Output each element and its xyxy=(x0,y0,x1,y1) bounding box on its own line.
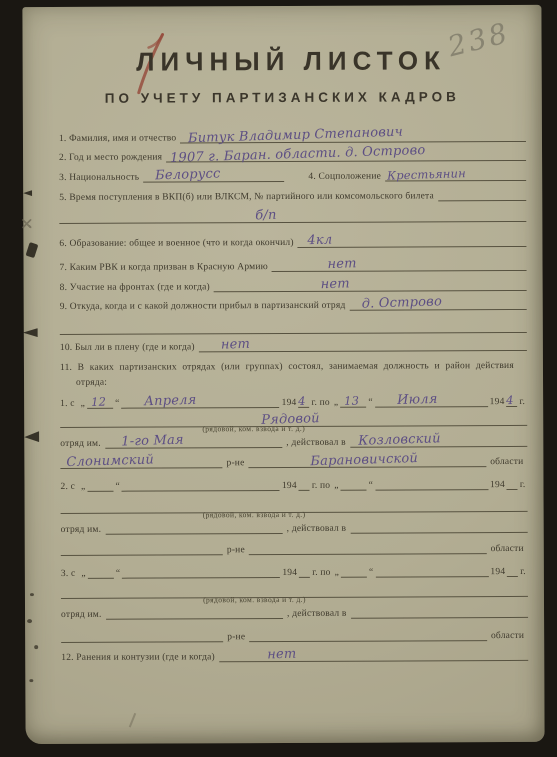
month-line xyxy=(375,474,488,490)
field-row-education: 6. Образование: общее и военное (что и к… xyxy=(59,232,526,249)
year-digit-line xyxy=(507,474,518,490)
year-prefix: 194 xyxy=(280,481,299,491)
handwritten-month: Июля xyxy=(397,393,438,407)
acted-line: Козловский xyxy=(350,431,528,448)
region-line xyxy=(249,625,487,642)
field-row-rvk: 7. Каким РВК и когда призван в Красную А… xyxy=(59,256,526,273)
entry-ordinal: 2. с xyxy=(60,481,79,492)
year-prefix: 194 xyxy=(488,567,507,577)
region-line xyxy=(249,538,487,555)
margin-x-mark xyxy=(22,219,31,228)
acted-line xyxy=(350,602,528,619)
field-label: 9. Откуда, когда и с какой должности при… xyxy=(60,300,350,312)
handwritten-year-digit: 4 xyxy=(298,395,306,407)
handwritten-value: 4кл xyxy=(307,233,332,247)
field-label: 5. Время поступления в ВКП(б) или ВЛКСМ,… xyxy=(59,191,438,203)
unit-label: отряд им. xyxy=(60,438,105,449)
acted-label: , действовал в xyxy=(283,523,351,534)
field-row-party: 5. Время поступления в ВКП(б) или ВЛКСМ,… xyxy=(59,186,526,203)
quote: “ xyxy=(113,399,121,409)
field-line: нет xyxy=(219,645,528,662)
unit-line xyxy=(105,518,283,535)
field-line: Битук Владимир Степанович xyxy=(180,126,526,144)
month-line xyxy=(122,475,280,492)
quote: “ xyxy=(113,482,121,492)
month-line: Апреля xyxy=(121,392,279,409)
year-digit-line: 4 xyxy=(298,392,309,408)
year-end: г. xyxy=(518,567,528,577)
district-label: р-не xyxy=(223,545,249,556)
year-mid: г. по xyxy=(310,481,332,491)
field-label: 1. Фамилия, имя и отчество xyxy=(59,133,180,144)
scanned-document: ЛИЧНЫЙ ЛИСТОК ПО УЧЕТУ ПАРТИЗАНСКИХ КАДР… xyxy=(0,0,557,757)
handwritten-district: Слонимский xyxy=(66,453,154,469)
service-entry-unit: отряд им. 1-го Мая , действовал в Козлов… xyxy=(60,432,527,449)
day-line: 13 xyxy=(340,392,366,408)
field-row-arrived-continued xyxy=(60,318,527,335)
margin-ink-blob xyxy=(26,242,39,258)
region-label: области xyxy=(486,456,527,467)
field-line: 1907 г. Баран. области. д. Острово xyxy=(166,145,526,163)
day-line: 12 xyxy=(87,393,113,409)
field-row-party-continued: б/п xyxy=(59,207,526,224)
unit-label: отряд им. xyxy=(61,524,106,535)
region-label: области xyxy=(487,543,528,554)
field-label: 10. Был ли в плену (где и когда) xyxy=(60,342,199,353)
handwritten-value: нет xyxy=(328,257,358,271)
handwritten-acted-in: Козловский xyxy=(358,432,441,448)
quote: „ xyxy=(332,398,340,408)
field-label: 3. Национальность xyxy=(59,172,143,183)
service-entry-dates: 1. с „ 12 “ Апреля 194 4 г. по „ 13 “ Ию… xyxy=(60,392,527,409)
year-prefix: 194 xyxy=(488,480,507,490)
district-label: р-не xyxy=(222,458,248,469)
field-label: 7. Каким РВК и когда призван в Красную А… xyxy=(60,262,272,273)
year-end: г. xyxy=(518,480,528,490)
handwritten-value: б/п xyxy=(255,209,277,223)
handwritten-value: нет xyxy=(267,648,297,662)
handwritten-value: д. Острово xyxy=(361,295,442,310)
year-prefix: 194 xyxy=(280,398,299,408)
quote: “ xyxy=(366,398,374,408)
year-mid: г. по xyxy=(310,568,332,578)
entry-ordinal: 3. с xyxy=(61,568,80,579)
handwritten-value: нет xyxy=(320,277,350,291)
service-entry-unit: отряд им. , действовал в xyxy=(61,518,528,535)
margin-arrow-blob xyxy=(23,328,38,337)
margin-speck xyxy=(27,619,32,623)
field-label: 8. Участие на фронтах (где и когда) xyxy=(60,282,214,293)
year-prefix: 194 xyxy=(488,397,507,407)
district-label: р-не xyxy=(223,632,249,643)
quote: „ xyxy=(333,568,341,578)
field-row-nationality-social: 3. Национальность Белорусс 4. Соцположен… xyxy=(59,166,526,183)
field-row-fronts: 8. Участие на фронтах (где и когда) нет xyxy=(60,276,527,293)
district-line xyxy=(61,626,223,643)
entry-ordinal: 1. с xyxy=(60,398,79,409)
acted-line xyxy=(350,517,528,534)
field-line: д. Острово xyxy=(349,294,526,311)
field-row-units-intro2: отряда: xyxy=(76,371,527,388)
district-line: Слонимский xyxy=(60,452,222,469)
pencil-slash xyxy=(129,713,136,728)
field-line xyxy=(60,317,527,335)
quote: „ xyxy=(332,481,340,491)
unit-line xyxy=(105,603,283,620)
handwritten-value: 1907 г. Баран. области. д. Острово xyxy=(170,144,426,165)
handwritten-month: Апреля xyxy=(143,394,196,409)
service-entry-district: Слонимский р-не Барановичской области xyxy=(60,452,527,469)
handwritten-year-digit: 4 xyxy=(506,394,514,406)
service-entry-unit: отряд им. , действовал в xyxy=(61,603,528,620)
handwritten-value: Битук Владимир Степанович xyxy=(188,126,403,146)
year-prefix: 194 xyxy=(280,568,299,578)
field-line: нет xyxy=(214,275,527,292)
handwritten-value: Белорусс xyxy=(155,167,221,182)
field-row-birth: 2. Год и место рождения 1907 г. Баран. о… xyxy=(59,146,526,163)
field-line: Крестьянин xyxy=(385,165,526,182)
handwritten-value: Крестьянин xyxy=(387,168,466,182)
field-line: 4кл xyxy=(298,231,527,248)
unit-label: отряд им. xyxy=(61,609,106,620)
margin-speck xyxy=(29,679,33,682)
quote: “ xyxy=(114,569,122,579)
day-line xyxy=(87,476,113,492)
field-line: нет xyxy=(272,255,527,272)
service-entry-dates: 3. с „ “ 194 г. по „ “ 194 г. xyxy=(61,562,528,579)
field-label: 6. Образование: общее и военное (что и к… xyxy=(59,237,297,248)
day-line xyxy=(341,475,367,491)
field-label: отряда: xyxy=(76,377,111,388)
month-line: Июля xyxy=(375,391,488,407)
field-label: 4. Соцположение xyxy=(308,171,385,182)
handwritten-region: Барановичской xyxy=(310,452,418,468)
field-line: Белорусс xyxy=(143,166,284,183)
year-digit-line xyxy=(299,475,310,491)
year-digit-line xyxy=(507,561,518,577)
field-line: б/п xyxy=(59,206,526,224)
day-line xyxy=(88,563,114,579)
field-row-wounds: 12. Ранения и контузии (где и когда) нет xyxy=(61,646,528,663)
handwritten-value: нет xyxy=(221,338,251,352)
acted-label: , действовал в xyxy=(283,608,351,619)
year-digit-line xyxy=(299,562,310,578)
year-mid: г. по xyxy=(309,398,331,408)
field-label: 12. Ранения и контузии (где и когда) xyxy=(61,652,219,663)
month-line xyxy=(122,562,280,579)
region-line: Барановичской xyxy=(248,451,486,468)
paper-sheet: ЛИЧНЫЙ ЛИСТОК ПО УЧЕТУ ПАРТИЗАНСКИХ КАДР… xyxy=(22,5,544,744)
field-line xyxy=(438,185,526,201)
quote: „ xyxy=(79,569,87,579)
handwritten-day: 13 xyxy=(344,395,359,407)
quote: „ xyxy=(79,399,87,409)
year-digit-line: 4 xyxy=(506,391,517,407)
service-entry-district: р-не области xyxy=(61,626,528,643)
margin-smudge xyxy=(23,190,32,196)
service-entry-dates: 2. с „ “ 194 г. по „ “ 194 г. xyxy=(60,475,527,492)
region-label: области xyxy=(487,630,528,641)
quote: “ xyxy=(367,481,375,491)
field-line: нет xyxy=(199,335,527,352)
service-entry-district: р-не области xyxy=(61,539,528,556)
field-row-captivity: 10. Был ли в плену (где и когда) нет xyxy=(60,336,527,353)
acted-label: , действовал в xyxy=(282,437,350,448)
unit-line: 1-го Мая xyxy=(105,432,283,449)
margin-speck xyxy=(34,645,38,649)
district-line xyxy=(61,539,223,556)
day-line xyxy=(341,562,367,578)
page-subtitle: ПО УЧЕТУ ПАРТИЗАНСКИХ КАДРОВ xyxy=(23,89,542,106)
year-end: г. xyxy=(518,397,528,407)
quote: “ xyxy=(367,568,375,578)
handwritten-unit: 1-го Мая xyxy=(121,434,184,449)
handwritten-day: 12 xyxy=(91,396,106,408)
month-line xyxy=(375,561,488,577)
quote: „ xyxy=(79,482,87,492)
field-row-arrived-from: 9. Откуда, когда и с какой должности при… xyxy=(60,295,527,312)
field-label: 2. Год и место рождения xyxy=(59,152,166,163)
field-row-surname: 1. Фамилия, имя и отчество Битук Владими… xyxy=(59,127,526,144)
